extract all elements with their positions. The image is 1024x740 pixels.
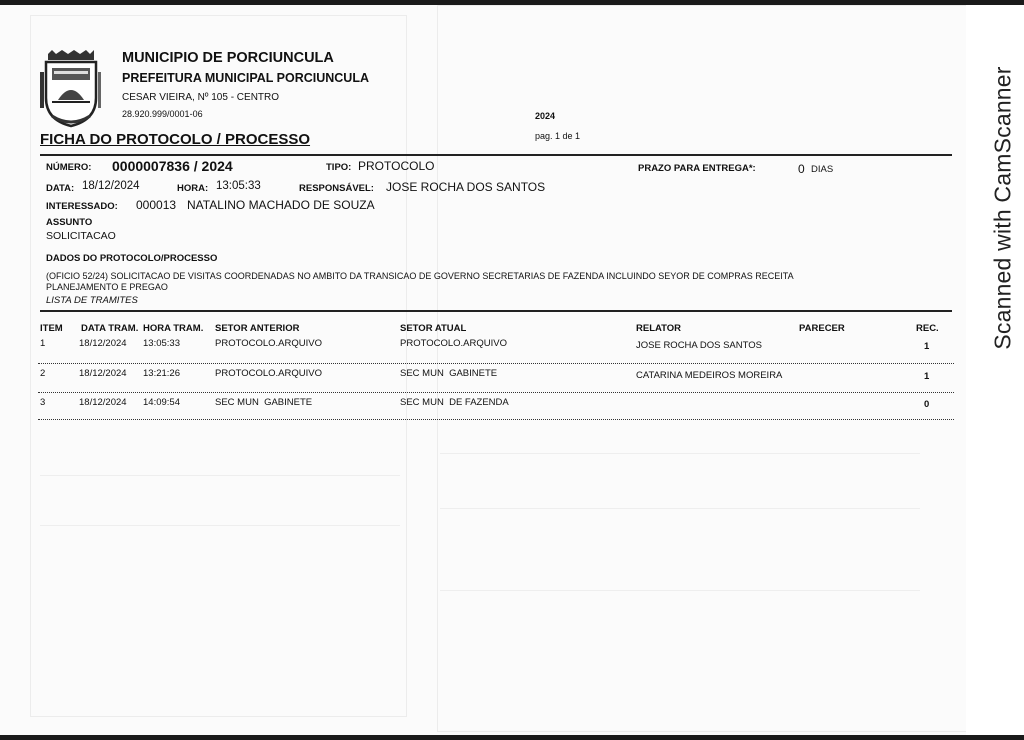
prazo-unit: DIAS (811, 164, 833, 175)
tipo-label: TIPO: (326, 162, 351, 173)
row-setor-anterior: SEC MUN GABINETE (215, 397, 312, 408)
row-setor-atual: SEC MUN GABINETE (400, 368, 497, 379)
prazo-value: 0 (798, 162, 805, 176)
col-relator: RELATOR (636, 323, 681, 334)
prazo-label: PRAZO PARA ENTREGA*: (638, 163, 756, 174)
row-item: 2 (40, 368, 45, 379)
bleed-through-frame (437, 5, 969, 732)
col-setor-atual: SETOR ATUAL (400, 323, 466, 334)
row-item: 1 (40, 338, 45, 349)
data-label: DATA: (46, 183, 74, 194)
row-setor-atual: PROTOCOLO.ARQUIVO (400, 338, 507, 349)
assunto-value: SOLICITACAO (46, 230, 116, 242)
address: CESAR VIEIRA, Nº 105 - CENTRO (122, 92, 279, 103)
scanned-page: MUNICIPIO DE PORCIUNCULA PREFEITURA MUNI… (0, 5, 1024, 735)
tramites-divider (40, 310, 952, 312)
scanner-watermark: Scanned with CamScanner (990, 66, 1017, 349)
data-value: 18/12/2024 (82, 180, 140, 192)
assunto-label: ASSUNTO (46, 217, 92, 228)
protocol-number: 0000007836 / 2024 (112, 158, 233, 174)
col-data-tram: DATA TRAM. (81, 323, 138, 334)
interessado-name: NATALINO MACHADO DE SOUZA (187, 198, 375, 212)
lista-tramites-label: LISTA DE TRAMITES (46, 295, 138, 306)
row-hora: 14:09:54 (143, 397, 180, 408)
bleed-through-line (40, 475, 400, 476)
cnpj: 28.920.999/0001-06 (122, 109, 203, 119)
dados-line-2: PLANEJAMENTO E PREGAO (46, 282, 168, 292)
prefecture-name: PREFEITURA MUNICIPAL PORCIUNCULA (122, 71, 369, 85)
interessado-code: 000013 (136, 198, 176, 212)
row-hora: 13:21:26 (143, 368, 180, 379)
row-setor-atual: SEC MUN DE FAZENDA (400, 397, 509, 408)
dados-line-1: (OFICIO 52/24) SOLICITACAO DE VISITAS CO… (46, 271, 794, 281)
col-rec: REC. (916, 323, 939, 334)
row-data: 18/12/2024 (79, 397, 127, 408)
col-setor-anterior: SETOR ANTERIOR (215, 323, 299, 334)
header-year: 2024 (535, 111, 555, 121)
row-separator (38, 419, 954, 420)
page-indicator: pag. 1 de 1 (535, 131, 580, 141)
row-separator (38, 363, 954, 364)
row-rec: 1 (924, 341, 929, 352)
row-relator: JOSE ROCHA DOS SANTOS (636, 340, 762, 351)
row-item: 3 (40, 397, 45, 408)
row-separator (38, 392, 954, 393)
row-setor-anterior: PROTOCOLO.ARQUIVO (215, 368, 322, 379)
row-rec: 1 (924, 371, 929, 382)
col-item: ITEM (40, 323, 63, 334)
responsavel-value: JOSE ROCHA DOS SANTOS (386, 180, 545, 194)
hora-label: HORA: (177, 183, 208, 194)
coat-of-arms-icon (38, 50, 102, 130)
row-setor-anterior: PROTOCOLO.ARQUIVO (215, 338, 322, 349)
row-relator: CATARINA MEDEIROS MOREIRA (636, 370, 782, 381)
bleed-through-line (440, 453, 920, 454)
bleed-through-line (40, 525, 400, 526)
bleed-through-line (440, 590, 920, 591)
numero-label: NÚMERO: (46, 162, 91, 173)
municipality-name: MUNICIPIO DE PORCIUNCULA (122, 50, 334, 66)
row-data: 18/12/2024 (79, 368, 127, 379)
col-parecer: PARECER (799, 323, 845, 334)
header-divider (40, 154, 952, 156)
col-hora-tram: HORA TRAM. (143, 323, 203, 334)
dados-label: DADOS DO PROTOCOLO/PROCESSO (46, 253, 217, 264)
document-title: FICHA DO PROTOCOLO / PROCESSO (40, 131, 310, 148)
bleed-through-line (440, 508, 920, 509)
row-hora: 13:05:33 (143, 338, 180, 349)
tipo-value: PROTOCOLO (358, 159, 434, 173)
hora-value: 13:05:33 (216, 180, 261, 192)
row-rec: 0 (924, 399, 929, 410)
row-data: 18/12/2024 (79, 338, 127, 349)
interessado-label: INTERESSADO: (46, 201, 118, 212)
responsavel-label: RESPONSÁVEL: (299, 183, 374, 194)
